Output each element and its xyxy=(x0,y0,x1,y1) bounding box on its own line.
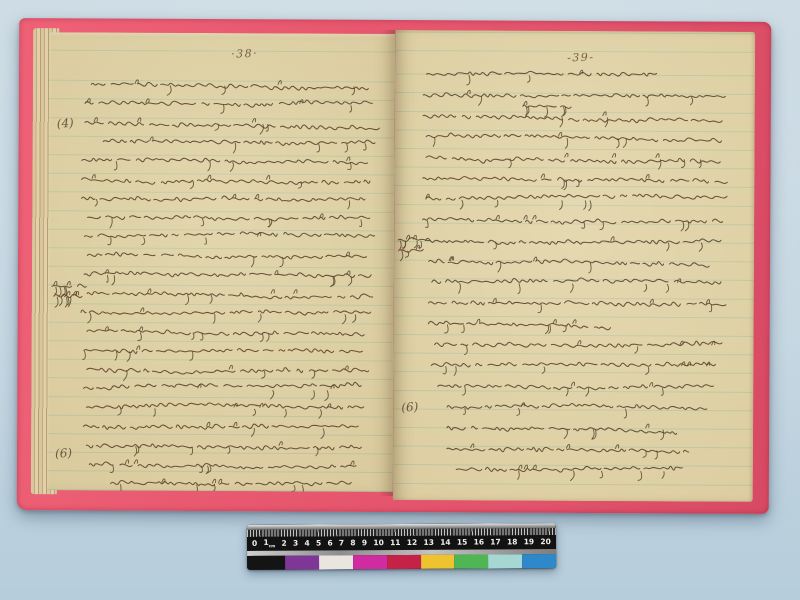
handwriting-stroke xyxy=(447,403,707,410)
handwriting-stroke xyxy=(600,471,603,478)
handwriting-stroke xyxy=(123,371,127,381)
handwriting-stroke xyxy=(544,107,547,117)
ruler-number: 8 xyxy=(350,540,355,548)
handwriting-stroke xyxy=(210,295,212,303)
left-page-handwriting xyxy=(47,32,395,492)
handwriting-stroke xyxy=(92,175,95,179)
handwriting-stroke xyxy=(212,479,215,483)
handwriting-stroke xyxy=(55,287,57,293)
handwriting-stroke xyxy=(471,444,474,448)
handwriting-stroke xyxy=(83,423,362,431)
handwriting-stroke xyxy=(207,422,210,426)
ruler-number: 2 xyxy=(281,540,286,548)
ruler-number: 9 xyxy=(362,539,367,547)
handwriting-stroke xyxy=(425,221,428,228)
handwriting-stroke xyxy=(467,75,470,85)
handwriting-stroke xyxy=(463,408,465,414)
ruler-number: 0 xyxy=(252,540,257,548)
handwriting-stroke xyxy=(311,391,314,400)
handwriting-stroke xyxy=(646,368,649,375)
handwriting-stroke xyxy=(321,429,324,439)
handwriting-stroke xyxy=(586,388,589,396)
handwriting-stroke xyxy=(699,243,702,251)
handwriting-stroke xyxy=(167,86,171,95)
handwriting-stroke xyxy=(89,462,356,470)
handwriting-stroke xyxy=(635,347,638,354)
handwriting-stroke xyxy=(84,381,367,391)
handwriting-stroke xyxy=(523,105,578,108)
handwriting-stroke xyxy=(279,442,282,446)
handwriting-stroke xyxy=(454,367,456,376)
handwriting-stroke xyxy=(429,300,726,307)
handwriting-stroke xyxy=(85,99,372,108)
handwriting-stroke xyxy=(402,241,405,250)
handwriting-stroke xyxy=(615,445,618,449)
calibration-colour-patch xyxy=(454,554,488,568)
handwriting-stroke xyxy=(85,122,380,130)
handwriting-stroke xyxy=(228,447,230,453)
handwriting-stroke xyxy=(218,479,221,483)
handwriting-stroke xyxy=(685,222,689,231)
handwriting-stroke xyxy=(230,162,233,171)
handwriting-stroke xyxy=(87,330,364,337)
handwriting-stroke xyxy=(87,402,369,410)
handwriting-stroke xyxy=(87,252,366,259)
handwriting-stroke xyxy=(257,232,260,236)
handwriting-stroke xyxy=(661,388,663,395)
handwriting-stroke xyxy=(221,105,224,113)
handwriting-stroke xyxy=(88,313,91,323)
handwriting-stroke xyxy=(280,257,283,266)
handwriting-stroke xyxy=(271,390,274,399)
handwriting-stroke xyxy=(94,118,97,122)
handwriting-stroke xyxy=(253,409,255,415)
handwriting-stroke xyxy=(267,333,269,341)
ruler-number: 17 xyxy=(490,539,500,547)
handwriting-stroke xyxy=(427,71,657,77)
handwriting-stroke xyxy=(435,340,722,348)
handwriting-stroke xyxy=(589,201,591,211)
handwriting-stroke xyxy=(560,117,563,126)
handwriting-stroke xyxy=(477,319,480,323)
calibration-colour-patch xyxy=(285,556,319,570)
handwriting-stroke xyxy=(456,465,682,473)
handwriting-stroke xyxy=(462,387,465,395)
handwriting-stroke xyxy=(82,158,372,165)
ruler-number: 1cm xyxy=(263,539,275,549)
handwriting-stroke xyxy=(118,409,121,416)
handwriting-stroke xyxy=(623,139,626,148)
handwriting-stroke xyxy=(205,238,207,244)
handwriting-stroke xyxy=(565,153,568,157)
ruler-number: 15 xyxy=(457,539,467,547)
handwriting-stroke xyxy=(141,308,144,312)
handwriting-stroke xyxy=(351,461,354,465)
handwriting-stroke xyxy=(518,284,520,294)
handwriting-stroke xyxy=(142,238,145,245)
calibration-colour-patch xyxy=(522,554,556,568)
handwriting-stroke xyxy=(108,238,111,245)
handwriting-stroke xyxy=(650,299,653,303)
handwriting-stroke xyxy=(460,200,463,209)
calibration-colour-patch xyxy=(421,555,455,569)
handwriting-stroke xyxy=(215,124,219,130)
handwriting-stroke xyxy=(429,258,710,267)
ruler-number: 16 xyxy=(474,539,484,547)
handwriting-stroke xyxy=(331,385,334,389)
ruler-number: 14 xyxy=(440,539,450,547)
handwriting-stroke xyxy=(112,276,115,285)
handwriting-stroke xyxy=(423,93,725,99)
handwriting-stroke xyxy=(573,320,576,324)
handwriting-stroke xyxy=(624,409,626,418)
handwriting-stroke xyxy=(87,291,378,299)
handwriting-stroke xyxy=(643,451,646,458)
handwriting-stroke xyxy=(423,218,723,226)
right-page: -39- (6) xyxy=(393,30,755,502)
scale-ruler: 01cm234567891011121314151617181920 xyxy=(247,523,556,570)
handwriting-stroke xyxy=(342,315,345,324)
handwriting-stroke xyxy=(423,176,728,183)
handwriting-stroke xyxy=(347,157,350,161)
handwriting-stroke xyxy=(562,180,565,188)
ruler-number: 6 xyxy=(327,540,332,548)
handwriting-stroke xyxy=(565,138,567,148)
handwriting-stroke xyxy=(91,82,368,90)
handwriting-stroke xyxy=(524,465,527,469)
handwriting-stroke xyxy=(319,410,322,419)
handwriting-stroke xyxy=(432,277,728,285)
handwriting-stroke xyxy=(234,422,237,426)
handwriting-stroke xyxy=(428,321,610,330)
handwriting-stroke xyxy=(87,367,369,375)
handwriting-stroke xyxy=(690,97,692,105)
handwriting-stroke xyxy=(578,341,581,345)
handwriting-stroke xyxy=(699,160,701,168)
handwriting-stroke xyxy=(139,327,142,331)
handwriting-stroke xyxy=(190,352,193,360)
handwriting-stroke xyxy=(262,371,265,378)
handwriting-stroke xyxy=(462,325,465,332)
handwriting-stroke xyxy=(233,143,235,153)
handwriting-stroke xyxy=(496,215,499,219)
handwriting-stroke xyxy=(353,315,356,323)
handwriting-stroke xyxy=(350,106,352,112)
handwriting-stroke xyxy=(666,284,668,292)
handwriting-stroke xyxy=(348,201,350,209)
handwriting-stroke xyxy=(545,325,548,333)
handwriting-stroke xyxy=(345,144,347,152)
handwriting-stroke xyxy=(612,154,615,158)
left-page: ·38· (4)(6) xyxy=(47,32,395,492)
ruler-number: 5 xyxy=(316,540,321,548)
handwriting-stroke xyxy=(81,309,371,316)
handwriting-stroke xyxy=(86,444,361,451)
ruler-number: 11 xyxy=(390,539,400,547)
handwriting-stroke xyxy=(110,219,112,228)
handwriting-stroke xyxy=(258,314,261,322)
handwriting-stroke xyxy=(656,154,659,158)
handwriting-stroke xyxy=(134,447,136,456)
handwriting-stroke xyxy=(517,408,520,415)
handwriting-stroke xyxy=(252,118,255,122)
handwriting-stroke xyxy=(465,346,468,355)
handwriting-stroke xyxy=(419,241,422,248)
handwriting-stroke xyxy=(352,87,354,95)
handwriting-stroke xyxy=(316,448,318,456)
handwriting-stroke xyxy=(201,219,203,226)
handwriting-stroke xyxy=(84,348,369,355)
handwriting-stroke xyxy=(438,383,714,390)
handwriting-stroke xyxy=(538,305,541,313)
handwriting-stroke xyxy=(251,428,254,436)
photo-backdrop: ·38· (4)(6) -39- (6) 01cm234567891011121… xyxy=(0,0,800,600)
handwriting-stroke xyxy=(284,409,286,417)
handwriting-stroke xyxy=(542,367,545,374)
handwriting-stroke xyxy=(667,243,669,251)
handwriting-stroke xyxy=(275,271,278,275)
handwriting-stroke xyxy=(260,403,263,407)
handwriting-stroke xyxy=(138,333,142,341)
ruler-number: 19 xyxy=(524,538,534,546)
handwriting-stroke xyxy=(495,200,498,207)
calibration-black-segment xyxy=(247,556,285,570)
handwriting-stroke xyxy=(82,195,365,202)
handwriting-stroke xyxy=(84,231,374,239)
handwriting-stroke xyxy=(459,283,461,293)
handwriting-stroke xyxy=(646,97,648,106)
handwriting-stroke xyxy=(603,112,606,116)
calibration-colour-patch xyxy=(387,555,421,569)
handwriting-stroke xyxy=(105,327,108,331)
handwriting-stroke xyxy=(584,201,586,210)
handwriting-stroke xyxy=(564,429,567,438)
handwriting-stroke xyxy=(644,284,647,291)
handwriting-stroke xyxy=(431,361,721,368)
handwriting-stroke xyxy=(294,290,297,294)
handwriting-stroke xyxy=(65,297,67,307)
handwriting-stroke xyxy=(111,480,352,486)
handwriting-stroke xyxy=(519,465,522,469)
handwriting-stroke xyxy=(55,297,58,307)
handwriting-stroke xyxy=(146,99,149,103)
calibration-colour-patch xyxy=(353,555,387,569)
handwriting-stroke xyxy=(493,299,496,303)
handwriting-stroke xyxy=(208,162,211,171)
handwriting-stroke xyxy=(617,139,619,148)
handwriting-stroke xyxy=(518,471,520,480)
handwriting-stroke xyxy=(426,238,721,246)
handwriting-stroke xyxy=(524,101,527,105)
handwriting-stroke xyxy=(208,175,211,179)
handwriting-stroke xyxy=(54,281,57,285)
handwriting-stroke xyxy=(570,471,574,481)
handwriting-stroke xyxy=(59,297,62,305)
margin-mark: (4) xyxy=(56,116,74,131)
ruler-number: 20 xyxy=(540,538,550,546)
handwriting-stroke xyxy=(662,472,664,479)
handwriting-stroke xyxy=(498,263,501,272)
handwriting-stroke xyxy=(135,80,138,84)
handwriting-stroke xyxy=(118,485,121,492)
handwriting-stroke xyxy=(114,162,117,170)
handwriting-stroke xyxy=(110,466,113,473)
handwriting-stroke xyxy=(134,460,137,464)
handwriting-stroke xyxy=(255,194,258,198)
handwriting-stroke xyxy=(271,290,274,294)
handwriting-stroke xyxy=(192,333,194,340)
handwriting-stroke xyxy=(560,201,563,210)
handwriting-stroke xyxy=(400,249,423,252)
handwriting-stroke xyxy=(345,366,348,370)
ruler-number: 3 xyxy=(293,540,298,548)
handwriting-stroke xyxy=(649,383,652,387)
ruler-number: 13 xyxy=(423,539,433,547)
handwriting-stroke xyxy=(278,81,281,85)
ruler-number: 4 xyxy=(304,540,309,548)
margin-mark: (6) xyxy=(55,446,73,461)
right-page-handwriting xyxy=(393,30,755,502)
handwriting-stroke xyxy=(185,295,188,305)
handwriting-stroke xyxy=(524,215,527,219)
handwriting-stroke xyxy=(525,107,527,116)
handwriting-stroke xyxy=(638,471,642,480)
handwriting-stroke xyxy=(317,144,320,152)
manuscript-book: ·38· (4)(6) -39- (6) xyxy=(17,18,772,514)
handwriting-stroke xyxy=(125,460,128,464)
handwriting-stroke xyxy=(533,465,536,469)
margin-mark: (6) xyxy=(401,400,419,415)
handwriting-stroke xyxy=(251,257,253,267)
handwriting-stroke xyxy=(646,175,649,179)
handwriting-stroke xyxy=(58,287,61,296)
handwriting-stroke xyxy=(95,199,97,206)
handwriting-stroke xyxy=(360,220,362,227)
handwriting-stroke xyxy=(533,216,536,220)
handwriting-stroke xyxy=(67,281,70,285)
handwriting-stroke xyxy=(541,174,544,178)
ruler-number: 12 xyxy=(407,539,417,547)
handwriting-stroke xyxy=(553,320,556,324)
handwriting-stroke xyxy=(566,444,569,448)
handwriting-stroke xyxy=(423,115,722,124)
handwriting-stroke xyxy=(445,325,449,333)
handwriting-stroke xyxy=(138,118,141,122)
handwriting-stroke xyxy=(479,96,482,105)
handwriting-stroke xyxy=(646,424,649,428)
handwriting-stroke xyxy=(571,382,574,386)
handwriting-stroke xyxy=(400,251,403,261)
handwriting-stroke xyxy=(325,391,329,401)
ruler-number: 7 xyxy=(339,540,344,548)
handwriting-stroke xyxy=(153,409,155,416)
handwriting-stroke xyxy=(406,235,409,239)
handwriting-stroke xyxy=(558,132,561,136)
handwriting-stroke xyxy=(115,352,117,361)
handwriting-stroke xyxy=(82,178,375,186)
handwriting-stroke xyxy=(312,372,315,379)
handwriting-stroke xyxy=(566,388,568,396)
handwriting-stroke xyxy=(229,365,232,369)
handwriting-stroke xyxy=(291,485,295,491)
handwriting-stroke xyxy=(592,430,594,439)
handwriting-stroke xyxy=(148,289,151,293)
handwriting-stroke xyxy=(527,76,530,83)
handwriting-stroke xyxy=(681,222,684,231)
colour-calibration-strip xyxy=(247,554,556,570)
handwriting-stroke xyxy=(213,314,215,323)
handwriting-stroke xyxy=(589,263,591,273)
handwriting-stroke xyxy=(426,193,731,201)
calibration-colour-patch xyxy=(319,555,353,569)
handwriting-stroke xyxy=(447,426,677,434)
handwriting-stroke xyxy=(83,351,86,359)
handwriting-stroke xyxy=(426,133,721,143)
handwriting-stroke xyxy=(600,222,603,230)
handwriting-stroke xyxy=(426,156,726,164)
handwriting-stroke xyxy=(363,144,366,150)
ruler-number: 18 xyxy=(507,539,517,547)
handwriting-stroke xyxy=(710,305,712,311)
handwriting-stroke xyxy=(611,237,614,241)
handwriting-stroke xyxy=(127,352,130,362)
handwriting-stroke xyxy=(150,137,153,141)
handwriting-stroke xyxy=(570,284,573,293)
handwriting-stroke xyxy=(534,257,537,261)
handwriting-stroke xyxy=(494,242,497,249)
calibration-colour-patch xyxy=(488,554,522,568)
handwriting-stroke xyxy=(106,275,108,282)
handwriting-stroke xyxy=(266,176,269,180)
handwriting-stroke xyxy=(200,333,203,340)
handwriting-stroke xyxy=(103,139,375,146)
handwriting-stroke xyxy=(195,485,197,492)
handwriting-stroke xyxy=(443,366,446,373)
handwriting-stroke xyxy=(88,214,375,221)
handwriting-stroke xyxy=(467,90,470,94)
ruler-number: 10 xyxy=(373,539,383,547)
handwriting-stroke xyxy=(433,138,435,147)
handwriting-stroke xyxy=(301,486,304,492)
handwriting-stroke xyxy=(348,277,351,286)
handwriting-stroke xyxy=(137,346,140,350)
